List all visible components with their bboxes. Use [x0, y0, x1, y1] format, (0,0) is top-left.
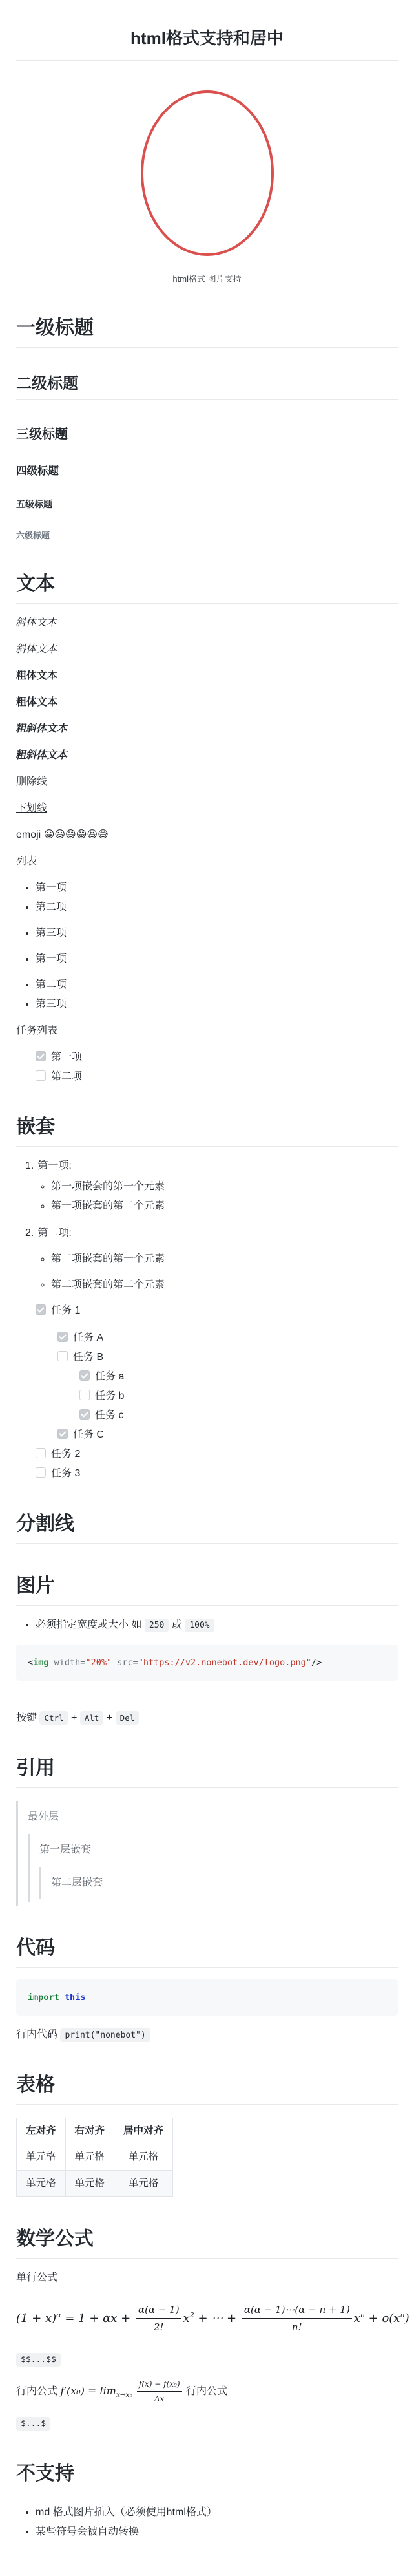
inline-code: 250 [145, 1619, 169, 1632]
task-item: 任务 2 [36, 1447, 398, 1462]
checkbox-icon[interactable] [57, 1351, 68, 1361]
table-cell: 单元格 [114, 2170, 173, 2196]
math-formula-inline: f′(x₀) = limx→x₀ f(x) − f(x₀)Δx [60, 2385, 183, 2397]
blockquote-outer: 最外层 第一层嵌套 第二层嵌套 [16, 1801, 398, 1906]
section-heading-math: 数学公式 [16, 2226, 398, 2259]
ordinal-marker: 2. [25, 1228, 34, 1239]
section-heading-code: 代码 [16, 1935, 398, 1968]
task-list-label: 任务列表 [16, 1023, 398, 1039]
inline-code: $...$ [16, 2417, 50, 2431]
italic-text-1: 斜体文本 [16, 615, 398, 631]
strikethrough-text: 删除线 [16, 774, 398, 790]
table-header-row: 左对齐 右对齐 居中对齐 [17, 2118, 173, 2144]
page-title: html格式支持和居中 [16, 27, 398, 50]
code-token: width= [49, 1657, 86, 1668]
blockquote-level-1: 第一层嵌套 第二层嵌套 [28, 1834, 398, 1902]
quote-text: 第二层嵌套 [51, 1875, 398, 1891]
checkbox-icon[interactable] [36, 1051, 46, 1061]
table-cell: 单元格 [65, 2170, 114, 2196]
table-header-cell: 右对齐 [65, 2118, 114, 2144]
code-token: "https://v2.nonebot.dev/logo.png" [138, 1657, 311, 1668]
heading-level-1: 一级标题 [16, 315, 398, 348]
table-cell: 单元格 [65, 2144, 114, 2170]
inline-code: $$...$$ [16, 2353, 61, 2367]
list-item: 第一项 [36, 952, 398, 967]
code-token: < [28, 1657, 33, 1668]
fraction: α(α − 1)2! [136, 2303, 181, 2335]
section-heading-quote: 引用 [16, 1756, 398, 1788]
quote-text: 最外层 [28, 1809, 398, 1825]
task-item: 任务 c [79, 1408, 398, 1423]
list-item: 第二项 [36, 900, 398, 915]
emoji-label: emoji [16, 829, 41, 840]
document: html格式支持和居中 html格式 图片支持 一级标题 二级标题 三级标题 四… [0, 0, 414, 2576]
fraction: f(x) − f(x₀)Δx [137, 2378, 182, 2405]
checkbox-icon[interactable] [57, 1332, 68, 1342]
bold-text-1: 粗体文本 [16, 668, 398, 684]
list-item: 第一项嵌套的第二个元素 [51, 1198, 398, 1214]
task-item: 任务 3 [36, 1466, 398, 1482]
checkbox-icon[interactable] [57, 1429, 68, 1439]
nested-task-list: 任务 1 任务 A 任务 B 任务 a 任务 b 任务 c 任务 C 任务 2 … [16, 1303, 398, 1482]
section-heading-divider: 分割线 [16, 1511, 398, 1544]
bold-text-2: 粗体文本 [16, 695, 398, 710]
checkbox-icon[interactable] [36, 1448, 46, 1458]
math-formula-display: (1 + x)α = 1 + αx + α(α − 1)2!x2 + ⋯ + α… [16, 2303, 398, 2335]
inline-code: print("nonebot") [60, 2028, 150, 2042]
ordered-item: 2.第二项: 第二项嵌套的第一个元素 第二项嵌套的第二个元素 [25, 1226, 398, 1293]
heading-level-2: 二级标题 [16, 374, 398, 400]
underline-text: 下划线 [16, 801, 398, 816]
section-heading-table: 表格 [16, 2072, 398, 2105]
checkbox-icon[interactable] [79, 1370, 90, 1381]
checkbox-icon[interactable] [79, 1409, 90, 1420]
section-heading-text: 文本 [16, 571, 398, 604]
list-item: 必须指定宽度或大小 如 250 或 100% [36, 1617, 398, 1633]
code-token: this [65, 1992, 86, 2003]
inline-math-line: 行内公式 f′(x₀) = limx→x₀ f(x) − f(x₀)Δx 行内公… [16, 2378, 398, 2405]
inline-code: 100% [185, 1619, 214, 1632]
code-token: import [28, 1992, 59, 2003]
checkbox-icon[interactable] [36, 1467, 46, 1478]
list-item: 第一项嵌套的第一个元素 [51, 1179, 398, 1195]
python-code-block: import this [16, 1979, 398, 2016]
img-code-block: <img width="20%" src="https://v2.nonebot… [16, 1645, 398, 1681]
heading-level-4: 四级标题 [16, 463, 398, 480]
table-header-cell: 左对齐 [17, 2118, 66, 2144]
code-token: "20%" [85, 1657, 112, 1668]
list-item: 第二项 [36, 977, 398, 993]
list-item: 某些符号会被自动转换 [36, 2524, 398, 2540]
display-math-syntax: $$...$$ [16, 2352, 398, 2367]
ordered-item: 1.第一项: 第一项嵌套的第一个元素 第一项嵌套的第二个元素 [25, 1158, 398, 1214]
code-token [59, 1992, 65, 2003]
nested-sublist: 第二项嵌套的第一个元素 第二项嵌套的第二个元素 [25, 1251, 398, 1293]
title-divider [16, 60, 398, 61]
task-item: 第二项 [36, 1069, 398, 1085]
emoji-line: emoji 😀😃😄😁😆😅 [16, 827, 398, 843]
section-heading-unsupported: 不支持 [16, 2461, 398, 2493]
list-item: 第二项嵌套的第一个元素 [51, 1251, 398, 1267]
checkbox-icon[interactable] [79, 1390, 90, 1400]
fraction: α(α − 1)⋯(α − n + 1)n! [242, 2303, 352, 2335]
heading-level-6: 六级标题 [16, 529, 398, 542]
task-item: 任务 a [79, 1369, 398, 1385]
checkbox-icon[interactable] [36, 1070, 46, 1081]
keyboard-label: 按键 [16, 1712, 37, 1723]
heading-level-3: 三级标题 [16, 425, 398, 444]
list-item: 第一项 [36, 880, 398, 896]
table-header-cell: 居中对齐 [114, 2118, 173, 2144]
kbd-separator: + [107, 1712, 112, 1723]
table-cell: 单元格 [17, 2144, 66, 2170]
bold-italic-text-2: 粗斜体文本 [16, 748, 398, 763]
nested-sublist: 第一项嵌套的第一个元素 第一项嵌套的第二个元素 [25, 1179, 398, 1214]
list-item: 第三项 [36, 926, 398, 941]
task-item: 任务 C [57, 1427, 398, 1443]
inline-code-label: 行内代码 [16, 2029, 57, 2040]
red-circle-image [141, 90, 274, 256]
quote-text: 第一层嵌套 [39, 1842, 398, 1858]
kbd-key: Alt [80, 1711, 104, 1725]
image-note-list: 必须指定宽度或大小 如 250 或 100% [16, 1617, 398, 1633]
ordinal-marker: 1. [25, 1160, 34, 1171]
task-list: 第一项 第二项 [16, 1050, 398, 1085]
bullet-list: 第一项 第二项 第三项 第一项 第二项 第三项 [16, 880, 398, 1012]
inline-code-line: 行内代码 print("nonebot") [16, 2027, 398, 2043]
italic-text-2: 斜体文本 [16, 642, 398, 657]
blockquote-level-2: 第二层嵌套 [39, 1867, 398, 1899]
kbd-key: Del [116, 1711, 140, 1725]
task-item: 任务 B [57, 1350, 398, 1365]
code-token: src= [112, 1657, 138, 1668]
code-token: img [33, 1657, 48, 1668]
checkbox-icon[interactable] [36, 1304, 46, 1315]
list-item: 第三项 [36, 997, 398, 1012]
demo-figure: html格式 图片支持 [16, 90, 398, 286]
bold-italic-text-1: 粗斜体文本 [16, 721, 398, 737]
task-item: 任务 1 [36, 1303, 398, 1319]
alignment-table: 左对齐 右对齐 居中对齐 单元格 单元格 单元格 单元格 单元格 单元格 [16, 2118, 173, 2197]
nested-ordered-list: 1.第一项: 第一项嵌套的第一个元素 第一项嵌套的第二个元素 2.第二项: 第二… [16, 1158, 398, 1293]
kbd-key: Ctrl [39, 1711, 68, 1725]
table-cell: 单元格 [114, 2144, 173, 2170]
inline-math-syntax: $...$ [16, 2416, 398, 2431]
task-item: 任务 A [57, 1330, 398, 1346]
table-row: 单元格 单元格 单元格 [17, 2144, 173, 2170]
figure-caption: html格式 图片支持 [16, 273, 398, 286]
kbd-separator: + [71, 1712, 77, 1723]
list-item: 第二项嵌套的第二个元素 [51, 1277, 398, 1293]
code-token: /> [311, 1657, 322, 1668]
task-item: 第一项 [36, 1050, 398, 1065]
emoji-row: 😀😃😄😁😆😅 [44, 829, 109, 840]
section-heading-nesting: 嵌套 [16, 1114, 398, 1147]
keyboard-line: 按键 Ctrl + Alt + Del [16, 1710, 398, 1726]
table-row: 单元格 单元格 单元格 [17, 2170, 173, 2196]
table-cell: 单元格 [17, 2170, 66, 2196]
single-formula-label: 单行公式 [16, 2270, 398, 2286]
list-label: 列表 [16, 854, 398, 869]
section-heading-image: 图片 [16, 1573, 398, 1606]
list-item: md 格式图片插入（必须使用html格式） [36, 2505, 398, 2520]
unsupported-list: md 格式图片插入（必须使用html格式） 某些符号会被自动转换 [16, 2505, 398, 2540]
task-item: 任务 b [79, 1389, 398, 1404]
heading-level-5: 五级标题 [16, 498, 398, 511]
